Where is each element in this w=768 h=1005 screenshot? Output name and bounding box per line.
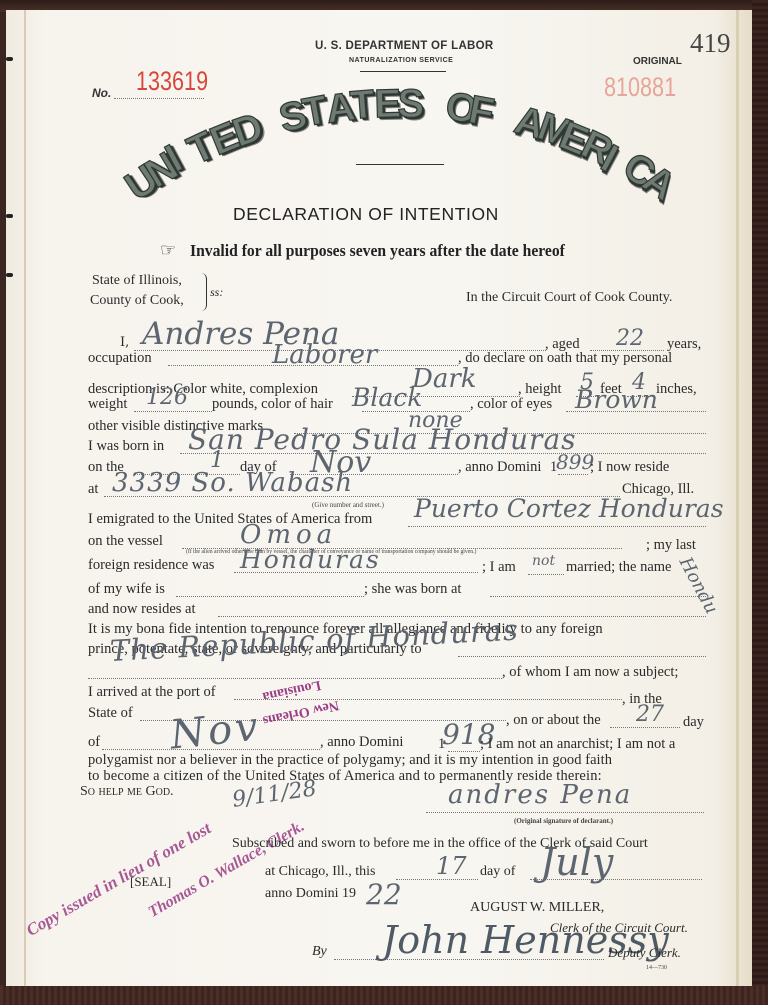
pounds-hair-label: pounds, color of hair — [212, 396, 333, 413]
day-label: day — [683, 714, 704, 731]
sovereign-line-1 — [458, 656, 706, 657]
signature-line — [426, 812, 704, 813]
page-number: 419 — [690, 28, 731, 59]
married-line — [528, 574, 564, 575]
original-number-stamp: 810881 — [604, 72, 676, 103]
born-label: I was born in — [88, 438, 164, 455]
arrival-month-field: Nov — [168, 703, 263, 758]
deputy-title: Deputy Clerk. — [608, 945, 681, 961]
age-field: 22 — [616, 326, 644, 351]
birthplace-field: San Pedro Sula Honduras — [188, 423, 577, 456]
reside-label: ; I now reside — [590, 459, 669, 476]
number-line — [114, 98, 204, 99]
sovereign-line-2 — [88, 678, 502, 679]
i-am-label: ; I am — [482, 559, 516, 576]
book-cover-right — [752, 0, 768, 1005]
binder-hole-icon — [6, 57, 13, 61]
at-label: at — [88, 481, 98, 498]
validity-notice: Invalid for all purposes seven years aft… — [190, 241, 565, 261]
form-code: 14—730 — [646, 965, 667, 971]
of-label: of — [88, 734, 100, 751]
page-edge-line — [736, 10, 739, 986]
signature-hint: (Original signature of declarant.) — [514, 817, 613, 825]
title-letter: T — [349, 83, 377, 130]
weight-label: weight — [88, 396, 127, 413]
arrival-anno-label: , anno Domini — [320, 734, 403, 751]
wife-birthplace-line — [490, 596, 706, 597]
married-status-field: not — [532, 553, 555, 569]
jurat-month-field: July — [540, 840, 613, 884]
so-help-me-god: So help me God. — [80, 784, 174, 800]
weight-field: 126 — [146, 385, 188, 410]
state-of-label: State of — [88, 705, 133, 722]
about-label: , on or about the — [506, 712, 601, 729]
original-label: ORIGINAL — [633, 56, 682, 67]
eyes-field: Brown — [575, 385, 658, 414]
header-rule — [360, 71, 446, 72]
she-born-label: ; she was born at — [364, 581, 461, 598]
occupation-label: occupation — [88, 350, 152, 367]
birth-year-field: 899 — [556, 450, 594, 474]
binder-hole-icon — [6, 273, 13, 277]
court-label: In the Circuit Court of Cook County. — [466, 290, 672, 306]
page-gutter-line — [24, 10, 26, 986]
seal-label: [SEAL] — [130, 874, 171, 890]
vessel-label: on the vessel — [88, 533, 163, 550]
jurat-day-of-label: day of — [480, 864, 515, 880]
clerk-name: AUGUST W. MILLER, — [470, 900, 604, 916]
department-label: U. S. DEPARTMENT OF LABOR — [315, 40, 494, 52]
occupation-field: Laborer — [272, 340, 377, 370]
binder-hole-icon — [6, 214, 13, 218]
residence-field: 3339 So. Wabash — [112, 468, 353, 498]
inches-label: inches, — [656, 381, 697, 398]
my-last-label: ; my last — [646, 537, 696, 554]
eyes-label: , color of eyes — [470, 396, 552, 413]
subject-label: , of whom I am now a subject; — [502, 664, 678, 681]
wife-name-line — [176, 596, 364, 597]
foreign-residence-field: Honduras — [240, 545, 381, 574]
port-line — [234, 699, 622, 700]
declare-label: , do declare on oath that my personal — [458, 350, 672, 367]
wife-label: of my wife is — [88, 581, 165, 598]
service-label: NATURALIZATION SERVICE — [349, 57, 453, 64]
weight-line — [134, 411, 212, 412]
foreign-residence-label: foreign residence was — [88, 557, 214, 574]
arrived-label: I arrived at the port of — [88, 684, 216, 701]
book-cover-bottom — [0, 985, 768, 1005]
pointing-hand-icon: ☞ — [160, 240, 176, 261]
county-label: County of Cook, — [90, 293, 184, 309]
jurat-year-field: 22 — [366, 878, 402, 911]
street-hint: (Give number and street.) — [312, 501, 384, 509]
title-letter: S — [397, 82, 425, 128]
at-chicago-label: at Chicago, Ill., this — [265, 864, 375, 880]
number-label: No. — [92, 86, 111, 100]
now-resides-label: and now resides at — [88, 601, 196, 618]
state-label: State of Illinois, — [92, 273, 182, 289]
jurat-anno-label: anno Domini 19 — [265, 886, 356, 902]
arrival-day-line — [610, 727, 680, 728]
arrival-day-field: 27 — [636, 702, 664, 727]
anno-label: , anno Domini — [458, 459, 541, 476]
declarant-signature: andres Pena — [448, 780, 632, 810]
birth-year-line — [558, 474, 588, 475]
by-label: By — [312, 944, 327, 960]
i-label: I, — [120, 335, 129, 350]
declaration-heading: DECLARATION OF INTENTION — [233, 204, 499, 225]
title-rule — [356, 164, 444, 165]
polygamist-text: polygamist nor a believer in the practic… — [88, 752, 612, 769]
jurat-day-field: 17 — [436, 852, 467, 880]
anarchist-label: ; I am not an anarchist; I am not a — [480, 736, 675, 753]
ss-label: ss: — [210, 285, 223, 300]
certificate-number-stamp: 133619 — [136, 66, 208, 97]
venue-brace — [200, 273, 207, 311]
emigrated-field: Puerto Cortez Honduras — [414, 494, 724, 523]
married-label: married; the name — [566, 559, 671, 576]
emigrated-line — [408, 526, 706, 527]
